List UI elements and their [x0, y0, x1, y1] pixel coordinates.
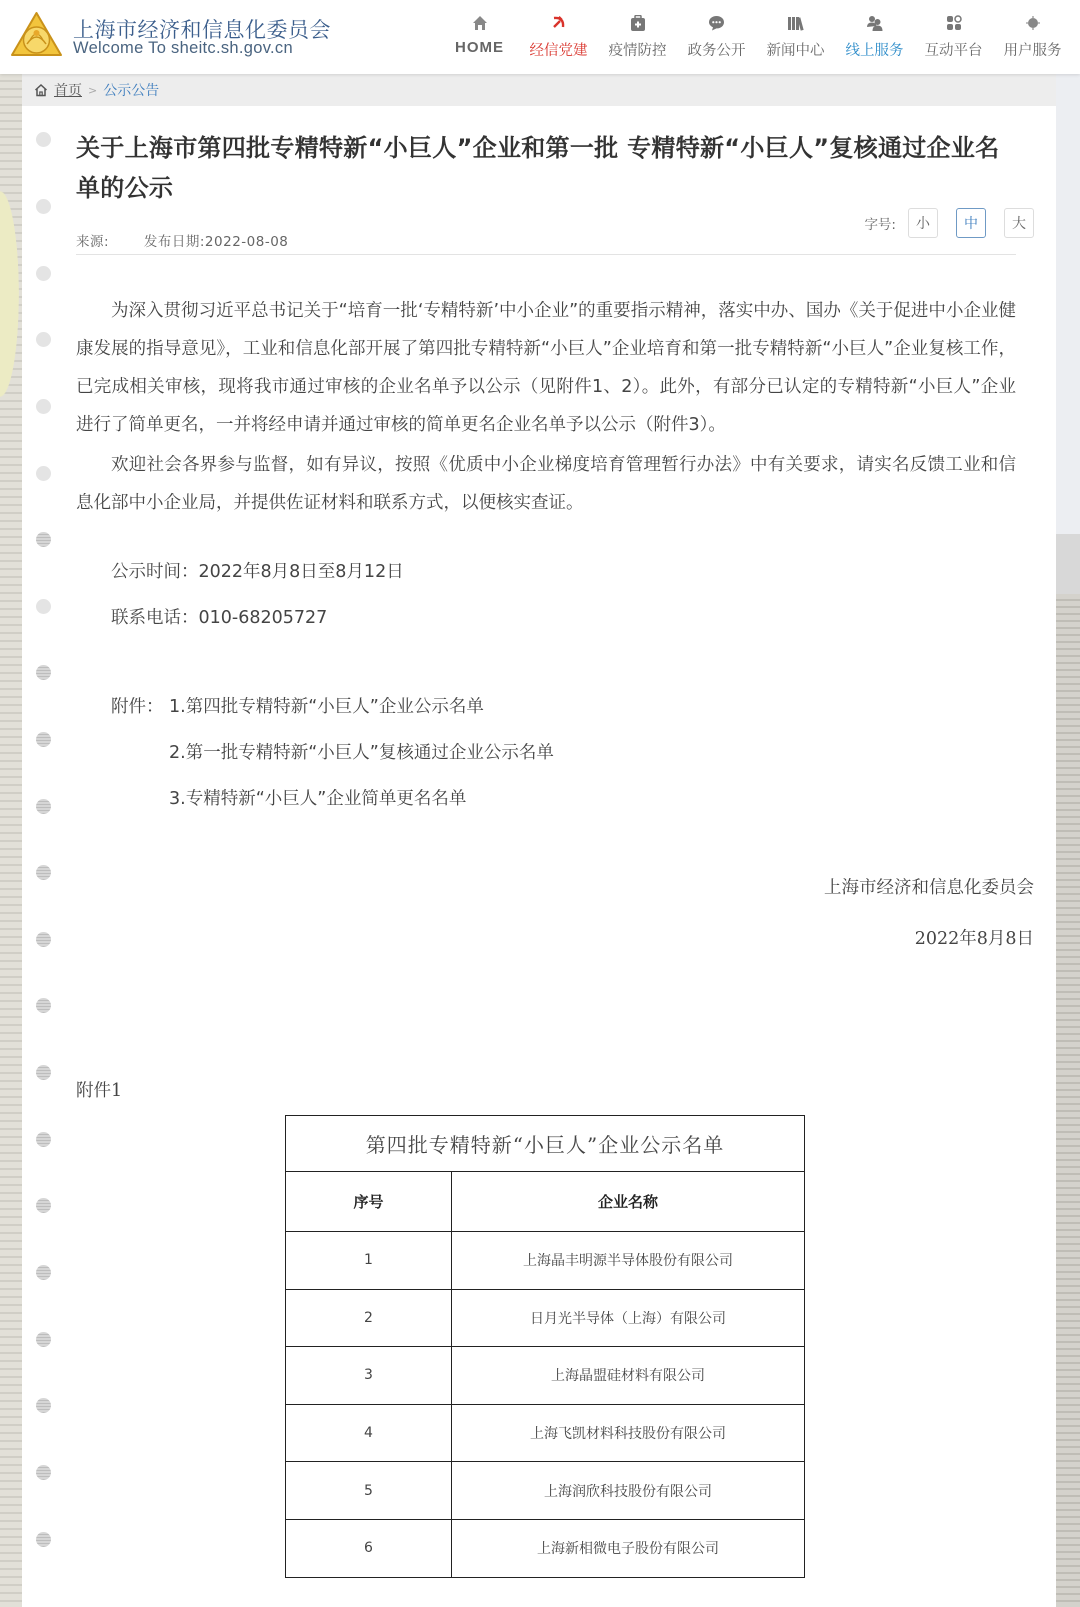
- nav-item-online-services[interactable]: 线上服务: [835, 14, 914, 60]
- nav-label: HOME: [455, 39, 504, 56]
- background-decoration-left: [0, 74, 22, 1607]
- attachment-link-3[interactable]: 3.专精特新“小巨人”企业简单更名名单: [169, 785, 466, 810]
- paragraph-supervision: 欢迎社会各界参与监督，如有异议，按照《优质中小企业梯度培育管理暂行办法》中有关要…: [76, 446, 1016, 522]
- font-size-small-button[interactable]: 小: [908, 208, 938, 238]
- publish-date: 2022-08-08: [205, 234, 288, 250]
- breadcrumb-current[interactable]: 公示公告: [103, 80, 159, 100]
- chat-bubble-icon: [707, 14, 727, 32]
- column-header-company: 企业名称: [452, 1172, 805, 1232]
- font-size-large-button[interactable]: 大: [1004, 208, 1034, 238]
- nav-label: 互动平台: [925, 39, 983, 60]
- nav-item-government-affairs[interactable]: 政务公开: [677, 14, 756, 60]
- table-row: 1 上海晶丰明源半导体股份有限公司: [286, 1232, 805, 1290]
- nav-item-epidemic-control[interactable]: 疫情防控: [598, 14, 677, 60]
- table-row: 4 上海飞凯材料科技股份有限公司: [286, 1404, 805, 1462]
- breadcrumb-home-link[interactable]: 首页: [54, 80, 82, 100]
- attachment-link-2[interactable]: 2.第一批专精特新“小巨人”复核通过企业公示名单: [169, 739, 554, 764]
- font-size-label: 字号:: [864, 213, 896, 233]
- nav-label: 线上服务: [846, 39, 904, 60]
- attachment-link-1[interactable]: 1.第四批专精特新“小巨人”企业公示名单: [169, 693, 484, 718]
- row-company: 上海润欣科技股份有限公司: [452, 1462, 805, 1520]
- background-decoration-right: [1056, 74, 1080, 1607]
- row-index: 2: [286, 1289, 452, 1347]
- publish-date-label: 发布日期:: [144, 234, 205, 250]
- article-body: 为深入贯彻习近平总书记关于“培育一批‘专精特新’中小企业”的重要指示精神，落实中…: [76, 292, 1016, 522]
- column-header-index: 序号: [286, 1172, 452, 1232]
- table-caption: 第四批专精特新“小巨人”企业公示名单: [286, 1116, 805, 1172]
- user-gear-icon: [1023, 14, 1043, 32]
- content-card: 首页 > 公示公告 关于上海市第四批专精特新“小巨人”企业和第一批 专精特新“小…: [22, 74, 1056, 1607]
- row-index: 6: [286, 1519, 452, 1577]
- government-emblem-logo[interactable]: [10, 10, 63, 58]
- paragraph-intro: 为深入贯彻习近平总书记关于“培育一批‘专精特新’中小企业”的重要指示精神，落实中…: [76, 292, 1016, 444]
- breadcrumb: 首页 > 公示公告: [22, 74, 1056, 106]
- users-icon: [865, 14, 885, 32]
- home-icon: [470, 14, 490, 32]
- nav-label: 用户服务: [1004, 39, 1062, 60]
- row-company: 上海晶盟硅材料有限公司: [452, 1347, 805, 1405]
- site-subtitle: Welcome To sheitc.sh.gov.cn: [73, 39, 293, 58]
- article-title: 关于上海市第四批专精特新“小巨人”企业和第一批 专精特新“小巨人”复核通过企业名…: [76, 128, 1016, 208]
- notice-period: 公示时间：2022年8月8日至8月12日: [111, 558, 404, 583]
- nav-label: 疫情防控: [609, 39, 667, 60]
- row-company: 上海飞凯材料科技股份有限公司: [452, 1404, 805, 1462]
- home-icon: [34, 83, 48, 97]
- row-index: 1: [286, 1232, 452, 1290]
- row-index: 3: [286, 1347, 452, 1405]
- nav-item-user-services[interactable]: 用户服务: [993, 14, 1072, 60]
- source-label: 来源:: [76, 234, 109, 250]
- company-list-table: 第四批专精特新“小巨人”企业公示名单 序号 企业名称 1 上海晶丰明源半导体股份…: [285, 1115, 805, 1578]
- row-company: 上海新相微电子股份有限公司: [452, 1519, 805, 1577]
- signature-organization: 上海市经济和信息化委员会: [824, 874, 1034, 899]
- grid-apps-icon: [944, 14, 964, 32]
- annex-label: 附件1: [76, 1077, 122, 1102]
- nav-label: 政务公开: [688, 39, 746, 60]
- nav-item-news-center[interactable]: 新闻中心: [756, 14, 835, 60]
- books-icon: [786, 14, 806, 32]
- medical-kit-icon: [628, 14, 648, 32]
- main-nav: HOME 经信党建 疫情防控 政务公开 新闻中心: [440, 14, 1072, 60]
- row-company: 日月光半导体（上海）有限公司: [452, 1289, 805, 1347]
- row-company: 上海晶丰明源半导体股份有限公司: [452, 1232, 805, 1290]
- nav-label: 新闻中心: [767, 39, 825, 60]
- article-meta: 来源: 发布日期:2022-08-08: [76, 230, 288, 250]
- nav-item-party-building[interactable]: 经信党建: [519, 14, 598, 60]
- table-row: 5 上海润欣科技股份有限公司: [286, 1462, 805, 1520]
- table-row: 6 上海新相微电子股份有限公司: [286, 1519, 805, 1577]
- contact-phone: 联系电话：010-68205727: [111, 604, 327, 629]
- font-size-medium-button[interactable]: 中: [956, 208, 986, 238]
- nav-label: 经信党建: [530, 39, 588, 60]
- site-header: 上海市经济和信息化委员会 Welcome To sheitc.sh.gov.cn…: [0, 0, 1080, 74]
- nav-item-interaction-platform[interactable]: 互动平台: [914, 14, 993, 60]
- font-size-switcher: 字号: 小 中 大: [864, 208, 1034, 238]
- signature-date: 2022年8月8日: [915, 925, 1034, 950]
- row-index: 5: [286, 1462, 452, 1520]
- row-index: 4: [286, 1404, 452, 1462]
- table-row: 2 日月光半导体（上海）有限公司: [286, 1289, 805, 1347]
- breadcrumb-separator: >: [88, 84, 97, 97]
- divider: [76, 254, 1016, 255]
- table-row: 3 上海晶盟硅材料有限公司: [286, 1347, 805, 1405]
- nav-item-home[interactable]: HOME: [440, 14, 519, 60]
- attachments-label: 附件：: [111, 693, 164, 718]
- hammer-sickle-icon: [549, 14, 569, 32]
